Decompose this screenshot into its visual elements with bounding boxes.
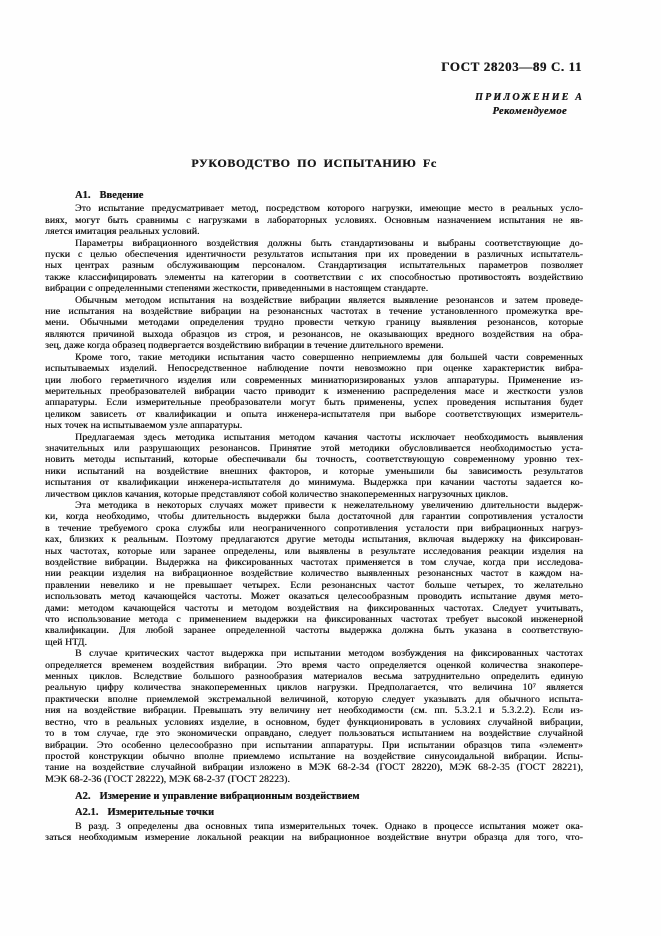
text-line: Обычным методом испытания на воздействие… [45, 295, 583, 306]
text-line: Кроме того, такие методики испытания час… [45, 352, 583, 363]
appendix-note: Рекомендуемое [0, 106, 567, 117]
page-title: РУКОВОДСТВО ПО ИСПЫТАНИЮ Fc [45, 156, 583, 171]
text-line: ных частотах, которые или заранее опреде… [45, 546, 583, 557]
text-line: новить методы испытаний, которые обеспеч… [45, 454, 583, 465]
body-text: А1.ВведениеЭто испытание предусматривает… [45, 190, 583, 844]
heading-text: Введение [99, 190, 143, 201]
text-line: мерительных преобразователей вибрации ча… [45, 386, 583, 397]
section-heading: А2.Измерение и управление вибрационным в… [45, 791, 583, 802]
text-line: дами: методом качающейся частоты и метод… [45, 603, 583, 614]
text-line: ки, когда необходимо, чтобы длительность… [45, 511, 583, 522]
text-line: вестно, что в реальных условиях изделие,… [45, 717, 583, 728]
paragraph: Кроме того, такие методики испытания час… [45, 352, 583, 432]
text-line: Предлагаемая здесь методика испытания ме… [45, 432, 583, 443]
text-line: целиком зависеть от квалификации и опыта… [45, 409, 583, 420]
text-line: личеством циклов качания, которые предст… [45, 489, 583, 500]
text-line: виях, могут быть сравнимы с нагрузками в… [45, 215, 583, 226]
text-line: в течение требуемого срока службы или не… [45, 523, 583, 534]
text-line: испытания от квалификации инженера-испыт… [45, 477, 583, 488]
text-line: правлении невелико и не превышает четыре… [45, 580, 583, 591]
document-page: ГОСТ 28203—89 С. 11 ПРИЛОЖЕНИЕ А Рекомен… [0, 0, 661, 936]
text-line: менных циклов. Вследствие большого разно… [45, 671, 583, 682]
text-line: В случае критических частот выдержка при… [45, 648, 583, 659]
text-line: ляется имитация реальных условий. [45, 226, 583, 237]
text-line: простой конструкции обычно вполне приемл… [45, 751, 583, 762]
text-line: зец, даже когда образец подвергается воз… [45, 340, 583, 351]
paragraph: Это испытание предусматривает метод, пос… [45, 203, 583, 237]
text-line: пуски с целью обеспечения идентичности р… [45, 249, 583, 260]
appendix-label: ПРИЛОЖЕНИЕ А [0, 92, 584, 103]
section-heading: А1.Введение [45, 190, 583, 201]
text-line: Эта методика в некоторых случаях может п… [45, 500, 583, 511]
text-line: ках, близких к реальным. Поэтому предлаг… [45, 534, 583, 545]
text-line: нии реакции изделия на вибрационное возд… [45, 568, 583, 579]
text-line: МЭК 68-2-36 (ГОСТ 28222), МЭК 68-2-37 (Г… [45, 774, 583, 785]
text-line: ных точек на испытываемом узле аппаратур… [45, 420, 583, 431]
text-line: определяется временем воздействия вибрац… [45, 660, 583, 671]
text-line: также классифицировать элементы на катег… [45, 272, 583, 283]
text-line: Это испытание предусматривает метод, пос… [45, 203, 583, 214]
heading-number: А2.1. [75, 807, 98, 818]
paragraph: Эта методика в некоторых случаях может п… [45, 500, 583, 648]
text-line: мени. Обычными методами определения труд… [45, 317, 583, 328]
text-line: вибрации с определенными степенями жестк… [45, 283, 583, 294]
text-line: вибрации. Это особенно целесообразно при… [45, 740, 583, 751]
heading-number: А1. [75, 190, 90, 201]
text-line: то в том случае, где это экономически оп… [45, 728, 583, 739]
text-line: являются причиной выхода образцов из стр… [45, 329, 583, 340]
paragraph: В разд. 3 определены два основных типа и… [45, 821, 583, 844]
text-line: ции любого герметичного изделия или совр… [45, 375, 583, 386]
text-line: использовать метод качающейся частоты. М… [45, 591, 583, 602]
heading-text: Измерительные точки [107, 807, 214, 818]
text-line: испытываемых изделий. Непосредственное н… [45, 363, 583, 374]
text-line: ния на воздействие вибрации. Превышать э… [45, 705, 583, 716]
text-line: что использование метода с применением в… [45, 614, 583, 625]
paragraph: Параметры вибрационного воздействия долж… [45, 238, 583, 295]
text-line: Параметры вибрационного воздействия долж… [45, 238, 583, 249]
doc-code: ГОСТ 28203—89 С. 11 [0, 59, 582, 75]
text-line: ники испытаний на воздействие внешних фа… [45, 466, 583, 477]
section-heading: А2.1.Измерительные точки [45, 807, 583, 818]
text-line: щей НТД. [45, 637, 583, 648]
text-line: реальную цифру количества знакопеременны… [45, 682, 583, 693]
text-line: аппаратуры. Если измерительные преобразо… [45, 397, 583, 408]
text-line: заться необходимым измерение локальной р… [45, 832, 583, 843]
text-line: практически вполне приемлемой экстремаль… [45, 694, 583, 705]
paragraph: Предлагаемая здесь методика испытания ме… [45, 432, 583, 500]
text-line: квалификации. Для любой заранее определе… [45, 625, 583, 636]
heading-text: Измерение и управление вибрационным возд… [99, 791, 359, 802]
text-line: воздействие вибрации. Выдержка на фиксир… [45, 557, 583, 568]
heading-number: А2. [75, 791, 90, 802]
text-line: ние испытания на воздействие вибрации на… [45, 306, 583, 317]
text-line: ных центрах разным обслуживающим персона… [45, 260, 583, 271]
text-line: В разд. 3 определены два основных типа и… [45, 821, 583, 832]
text-line: тание на воздействие случайной вибрации … [45, 762, 583, 773]
text-line: значительных или разрушающих резонансов.… [45, 443, 583, 454]
paragraph: В случае критических частот выдержка при… [45, 648, 583, 785]
paragraph: Обычным методом испытания на воздействие… [45, 295, 583, 352]
